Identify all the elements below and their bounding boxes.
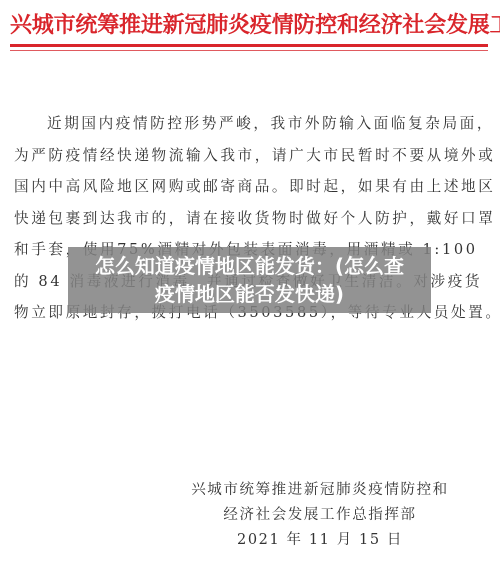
body-line: 近期国内疫情防控形势严峻，我市外防输入面临复杂局面， [14, 108, 490, 140]
body-line: 国内中高风险地区网购或邮寄商品。即时起，如果有由上述地区 [14, 171, 490, 203]
signature-org-line2: 经济社会发展工作总指挥部 [180, 503, 460, 528]
signature-block: 兴城市统筹推进新冠肺炎疫情防控和 经济社会发展工作总指挥部 2021 年 11 … [180, 478, 460, 553]
header-divider-thick [10, 44, 488, 47]
article-title-overlay: 怎么知道疫情地区能发货：(怎么查 疫情地区能否发快递) [68, 247, 431, 313]
header-divider-thin [10, 50, 488, 51]
signature-org-line1: 兴城市统筹推进新冠肺炎疫情防控和 [180, 478, 460, 503]
body-line: 为严防疫情经快递物流输入我市，请广大市民暂时不要从境外或 [14, 140, 490, 172]
body-line: 快递包裹到达我市的，请在接收货物时做好个人防护，戴好口罩 [14, 203, 490, 235]
overlay-title-line2: 疫情地区能否发快递) [155, 280, 344, 308]
signature-date: 2021 年 11 月 15 日 [180, 528, 460, 553]
document-header-title: 兴城市统筹推进新冠肺炎疫情防控和经济社会发展工作总指挥部 [10, 8, 490, 39]
overlay-title-line1: 怎么知道疫情地区能发货：(怎么查 [95, 252, 404, 280]
